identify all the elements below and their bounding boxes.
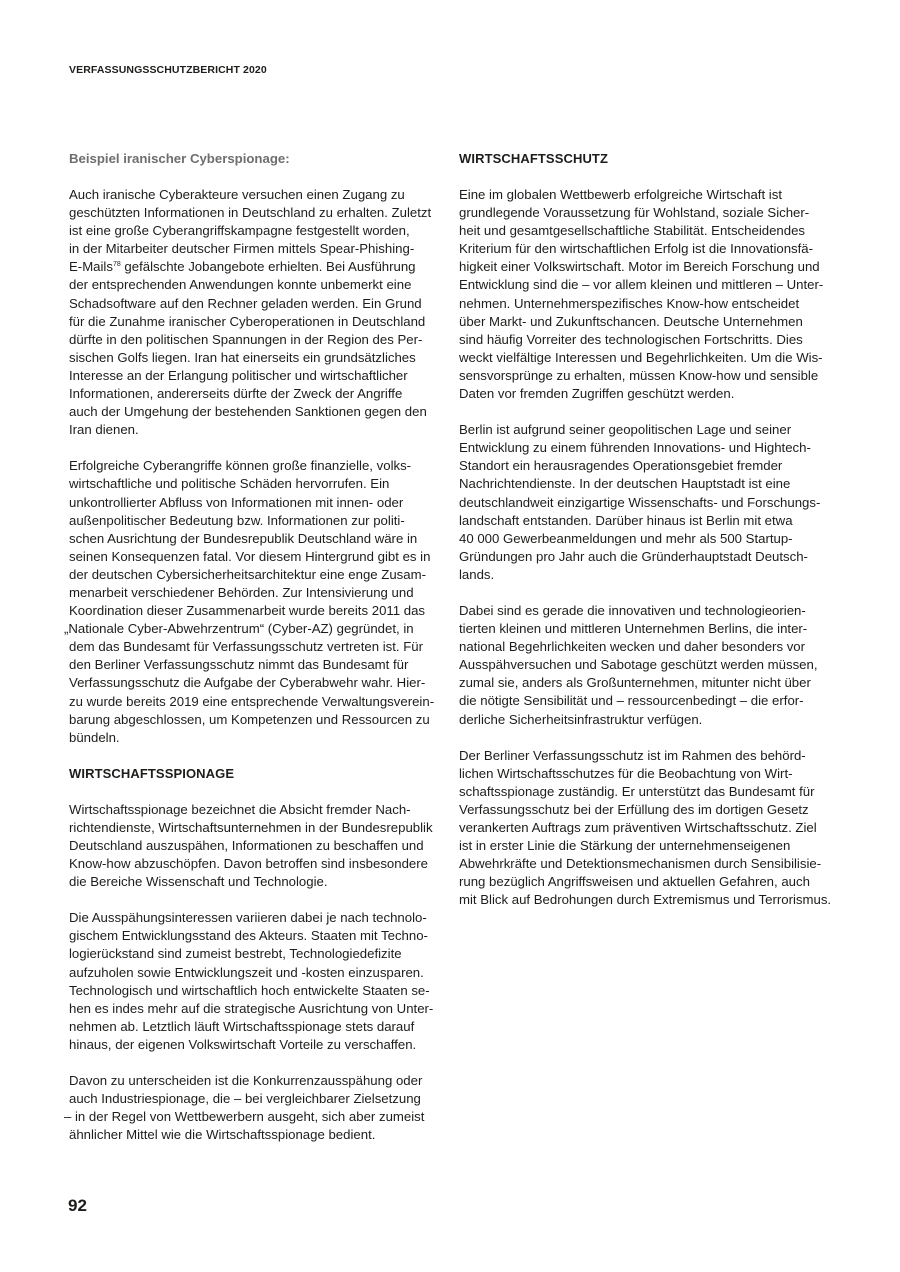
footnote-reference[interactable]: 78: [113, 261, 121, 268]
paragraph-iranian-cyber: Auch iranische Cyberakteure versuchen ei…: [69, 186, 449, 439]
section-heading-wirtschaftsschutz: WIRTSCHAFTSSCHUTZ: [459, 150, 849, 168]
paragraph-definition: Wirtschaftsspionage bezeichnet die Absic…: [69, 801, 449, 891]
running-header: VERFASSUNGSSCHUTZBERICHT 2020: [69, 64, 267, 76]
paragraph-berlin-verfassungsschutz: Der Berliner Verfassungsschutz ist im Ra…: [459, 747, 849, 910]
paragraph-interests: Die Ausspähungsinteressen variieren dabe…: [69, 909, 449, 1054]
paragraph-berlin-location: Berlin ist aufgrund seiner geopolitische…: [459, 421, 849, 584]
left-column: Beispiel iranischer Cyberspionage: Auch …: [69, 150, 449, 1162]
paragraph-competition: Davon zu unterscheiden ist die Konkurren…: [69, 1072, 449, 1144]
paragraph-cyber-damage: Erfolgreiche Cyberangriffe können große …: [69, 457, 449, 747]
paragraph-economy: Eine im globalen Wettbewerb erfolgreiche…: [459, 186, 849, 403]
right-column: WIRTSCHAFTSSCHUTZ Eine im globalen Wettb…: [459, 150, 849, 927]
example-heading: Beispiel iranischer Cyberspionage:: [69, 150, 449, 168]
page-number: 92: [68, 1196, 87, 1216]
section-heading-wirtschaftsspionage: WIRTSCHAFTSSPIONAGE: [69, 765, 449, 783]
paragraph-sme-protection: Dabei sind es gerade die innovativen und…: [459, 602, 849, 729]
